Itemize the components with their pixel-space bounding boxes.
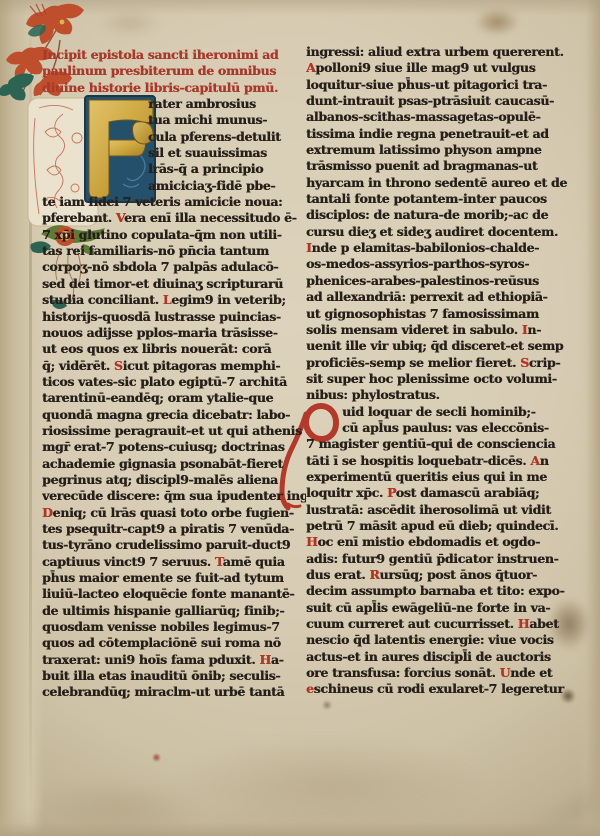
text-line: lrās-q̄ a principio: [42, 161, 306, 177]
text-line: extremum latissimo physon ampne: [306, 142, 570, 158]
text-line: q̄; vidērēt. Sicut pitagoras memphi-: [42, 358, 306, 374]
text-column-left: Incipit epistola sancti iheronimi adpaul…: [42, 47, 306, 701]
text-line: ph̄us maior emente se fuit-ad tytum: [42, 570, 306, 586]
text-line: eschineus cū rodi exularet-7 legeretur: [306, 681, 570, 697]
text-line: achademie gignasia psonabāt-fieret: [42, 456, 306, 472]
text-line: experimentū queritis eius qui in me: [306, 469, 570, 485]
text-line: sit super hoc plenissime octo volumi-: [306, 371, 570, 387]
text-line: corpoʒ-nō sbdola 7 palpās adulacō-: [42, 259, 306, 275]
text-line: 7 magister gentiū-qui de consciencia: [306, 436, 570, 452]
text-line: uenit ille vir ubiq; q̄d disceret-et sem…: [306, 338, 570, 354]
text-line: cursu dieʒ et sideʒ audiret docentem.: [306, 224, 570, 240]
text-line: nescio q̄d latentis energie: viue vocis: [306, 632, 570, 648]
text-line: mgr̄ erat-7 potens-cuiusq; doctrinas: [42, 439, 306, 455]
parchment-mottling: [40, 780, 200, 836]
text-line: studia conciliant. Legim9 in veterib;: [42, 292, 306, 308]
text-line: captiuus vinct9 7 seruus. Tamē quia: [42, 554, 306, 570]
rubric-line: diuine historie libris-capitulū pmū.: [42, 80, 306, 96]
text-line: adis: futur9 gentiū p̄dicator instruen-: [306, 551, 570, 567]
text-line: pferebant. Vera enī illa necessitudo ē-: [42, 210, 306, 226]
text-line: albanos-scithas-massagetas-opulē-: [306, 109, 570, 125]
text-line: riosissime peragrauit-et ut qui athenis: [42, 423, 306, 439]
text-line: cū apl̄us paulus: vas eleccōnis-: [306, 420, 570, 436]
text-line: proficiēs-semp se melior fieret. Scrip-: [306, 355, 570, 371]
text-line: nibus: phylostratus.: [306, 387, 570, 403]
text-line: Deniq; cū lrās quasi toto orbe fugien-: [42, 505, 306, 521]
text-line: sil et suauissimas: [42, 145, 306, 161]
text-line: ut eos quos ex libris nouerāt: corā: [42, 341, 306, 357]
text-line: de ultimis hispanie galliarūq; finib;-: [42, 603, 306, 619]
text-line: dus erat. Rursūq; post ānos q̄tuor-: [306, 567, 570, 583]
text-line: Apolloni9 siue ille mag9 ut vulgus: [306, 60, 570, 76]
text-line: pegrinus atq; discipl9-malēs aliena: [42, 472, 306, 488]
parchment-right-edge: [578, 0, 600, 836]
text-line: buit illa etas inauditū ōnib; seculis-: [42, 668, 306, 684]
text-line: celebrandūq; miraclm-ut urbē tantā: [42, 684, 306, 700]
text-line: ticos vates-sic plato egiptū-7 architā: [42, 374, 306, 390]
text-line: tarentinū-eandēq; oram ytalie-que: [42, 390, 306, 406]
ink-stain: [474, 8, 520, 36]
parchment-mottling: [180, 740, 480, 830]
text-line: quos ad cōtemplaciōnē sui roma nō: [42, 635, 306, 651]
text-line: tantali fonte potantem-inter paucos: [306, 191, 570, 207]
text-line: sed dei timor-et diuinaʒ scripturarū: [42, 276, 306, 292]
text-line: quondā magna grecia dicebatr: labo-: [42, 407, 306, 423]
text-line: hyarcam in throno sedentē aureo et de: [306, 175, 570, 191]
text-line: verecūde discere: q̄m sua ipudenter inge…: [42, 488, 306, 504]
text-line: Inde p elamitas-babilonios-chalde-: [306, 240, 570, 256]
ink-speck: [322, 700, 332, 710]
text-line: te iam fidei 7 veteris amicicie noua:: [42, 194, 306, 210]
text-line: liuiū-lacteo eloquēcie fonte manantē-: [42, 586, 306, 602]
text-line: tes psequitr-capt9 a piratis 7 venūda-: [42, 521, 306, 537]
text-line: ore transfusa: forcius sonāt. Unde et: [306, 665, 570, 681]
text-line: Hoc enī mistio ebdomadis et ogdo-: [306, 534, 570, 550]
text-line: tas rei familiaris-nō pn̄cia tantum: [42, 243, 306, 259]
text-line: petrū 7 māsit apud eū dieb; quindecī.: [306, 518, 570, 534]
rubric-line: Incipit epistola sancti iheronimi ad: [42, 47, 306, 63]
text-line: solis mensam videret in sabulo. In-: [306, 322, 570, 338]
text-line: loquitur-siue ph̄us-ut pitagorici tra-: [306, 77, 570, 93]
text-line: decim assumpto barnaba et tito: expo-: [306, 583, 570, 599]
text-line: historijs-quosdā lustrasse puincias-: [42, 309, 306, 325]
text-line: trāsmisso puenit ad bragmanas-ut: [306, 158, 570, 174]
text-line: ut gignosophistas 7 famosissimam: [306, 306, 570, 322]
red-speck: [152, 753, 161, 762]
text-line: nouos adijsse pplos-maria trāsisse-: [42, 325, 306, 341]
text-line: quosdam venisse nobiles legimus-7: [42, 619, 306, 635]
text-line: tus-tyrāno crudelissimo paruit-duct9: [42, 537, 306, 553]
text-line: suit cū apl̄is ewāgeliū-ne forte in va-: [306, 600, 570, 616]
text-line: ingressi: aliud extra urbem quererent.: [306, 44, 570, 60]
text-line: actus-et in aures discipl̄i de auctoris: [306, 649, 570, 665]
text-line: loquitr xp̄c. Post damascū arabiāq;: [306, 485, 570, 501]
text-line: tāti ī se hospitis loquebatr-dicēs. An: [306, 453, 570, 469]
text-line: disciplos: de natura-de morib;-ac de: [306, 207, 570, 223]
text-line: traxerat: uni9 hoīs fama pduxit. Ha-: [42, 652, 306, 668]
text-line: 7 xp̄i glutino copulata-q̄m non utili-: [42, 227, 306, 243]
text-line: dunt-intrauit psas-ptrāsiuit caucasū-: [306, 93, 570, 109]
text-line: phenices-arabes-palestinos-reūsus: [306, 273, 570, 289]
text-line: rater ambrosius: [42, 96, 306, 112]
text-line: tua michi munus-: [42, 112, 306, 128]
text-line: lustratā: ascēdit iherosolimā ut vidit: [306, 502, 570, 518]
text-line: os-medos-assyrios-parthos-syros-: [306, 256, 570, 272]
text-line: tissima indie regna penetrauit-et ad: [306, 126, 570, 142]
text-line: cula pferens-detulit: [42, 129, 306, 145]
text-line: uid loquar de secli hominib;-: [306, 404, 570, 420]
text-line: amiciciaʒ-fidē pbe-: [42, 178, 306, 194]
manuscript-page: Incipit epistola sancti iheronimi adpaul…: [0, 0, 600, 836]
text-line: cuum curreret aut cucurrisset. Habet: [306, 616, 570, 632]
text-column-right: ingressi: aliud extra urbem quererent.Ap…: [306, 44, 570, 698]
text-line: ad allexandriā: perrexit ad ethiopiā-: [306, 289, 570, 305]
rubric-line: paulinum presbiterum de omnibus: [42, 63, 306, 79]
